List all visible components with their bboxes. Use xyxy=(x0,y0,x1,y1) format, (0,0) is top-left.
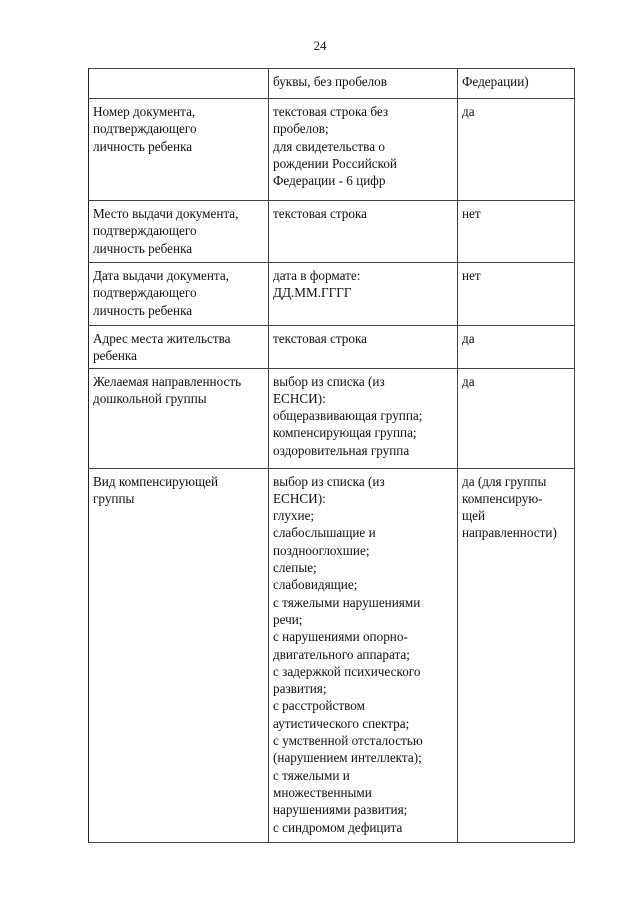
cell-text-line: выбор из списка (из xyxy=(273,373,453,390)
cell-text-line: с тяжелыми и xyxy=(273,767,453,784)
format-cell: буквы, без пробелов xyxy=(269,69,458,99)
cell-text-line: оздоровительная группа xyxy=(273,442,453,459)
cell-text-line: направленности) xyxy=(462,524,570,541)
format-cell: выбор из списка (изЕСНСИ):глухие;слабосл… xyxy=(269,468,458,842)
required-cell: нет xyxy=(458,201,575,263)
cell-text-line: компенсирую- xyxy=(462,490,570,507)
cell-text-line: дошкольной группы xyxy=(93,390,264,407)
cell-text-line: с умственной отсталостью xyxy=(273,732,453,749)
field-cell xyxy=(89,69,269,99)
format-cell: выбор из списка (изЕСНСИ):общеразвивающа… xyxy=(269,368,458,468)
cell-text-line: общеразвивающая группа; xyxy=(273,407,453,424)
cell-text-line: для свидетельства о xyxy=(273,138,453,155)
table-row: Адрес места жительстваребенкатекстовая с… xyxy=(89,326,575,369)
cell-text-line: пробелов; xyxy=(273,120,453,137)
required-cell: да xyxy=(458,326,575,369)
cell-text-line: позднооглохшие; xyxy=(273,542,453,559)
cell-text-line: с синдромом дефицита xyxy=(273,819,453,836)
field-cell: Место выдачи документа,подтверждающеголи… xyxy=(89,201,269,263)
cell-text-line: нет xyxy=(462,267,570,284)
cell-text-line: компенсирующая группа; xyxy=(273,424,453,441)
cell-text-line: Федерации - 6 цифр xyxy=(273,172,453,189)
cell-text-line: буквы, без пробелов xyxy=(273,73,453,90)
cell-text-line: слепые; xyxy=(273,559,453,576)
cell-text-line: ребенка xyxy=(93,347,264,364)
field-cell: Желаемая направленностьдошкольной группы xyxy=(89,368,269,468)
cell-text-line: с нарушениями опорно- xyxy=(273,628,453,645)
cell-text-line: множественными xyxy=(273,784,453,801)
table-row: Желаемая направленностьдошкольной группы… xyxy=(89,368,575,468)
cell-text-line: да xyxy=(462,373,570,390)
cell-text-line: с задержкой психического xyxy=(273,663,453,680)
table-row: Номер документа,подтверждающеголичность … xyxy=(89,99,575,201)
cell-text-line: выбор из списка (из xyxy=(273,473,453,490)
field-cell: Адрес места жительстваребенка xyxy=(89,326,269,369)
field-cell: Вид компенсирующейгруппы xyxy=(89,468,269,842)
cell-text-line: дата в формате: xyxy=(273,267,453,284)
field-cell: Номер документа,подтверждающеголичность … xyxy=(89,99,269,201)
cell-text-line: текстовая строка xyxy=(273,330,453,347)
page-number: 24 xyxy=(0,38,640,54)
cell-text-line: ДД.ММ.ГГГГ xyxy=(273,284,453,301)
cell-text-line: глухие; xyxy=(273,507,453,524)
cell-text-line: ЕСНСИ): xyxy=(273,390,453,407)
required-cell: Федерации) xyxy=(458,69,575,99)
cell-text-line: речи; xyxy=(273,611,453,628)
cell-text-line: текстовая строка xyxy=(273,205,453,222)
required-cell: да xyxy=(458,368,575,468)
cell-text-line: нет xyxy=(462,205,570,222)
table-row: Место выдачи документа,подтверждающеголи… xyxy=(89,201,575,263)
cell-text-line: (нарушением интеллекта); xyxy=(273,749,453,766)
format-cell: текстовая строка безпробелов;для свидете… xyxy=(269,99,458,201)
cell-text-line: аутистического спектра; xyxy=(273,715,453,732)
cell-text-line: Номер документа, xyxy=(93,103,264,120)
cell-text-line: ЕСНСИ): xyxy=(273,490,453,507)
requirements-table: буквы, без пробеловФедерации)Номер докум… xyxy=(88,68,575,843)
cell-text-line: Желаемая направленность xyxy=(93,373,264,390)
table-row: буквы, без пробеловФедерации) xyxy=(89,69,575,99)
cell-text-line: нарушениями развития; xyxy=(273,801,453,818)
table-row: Дата выдачи документа,подтверждающеголич… xyxy=(89,263,575,326)
cell-text-line: да xyxy=(462,330,570,347)
cell-text-line: Дата выдачи документа, xyxy=(93,267,264,284)
cell-text-line: группы xyxy=(93,490,264,507)
cell-text-line: подтверждающего xyxy=(93,284,264,301)
cell-text-line: текстовая строка без xyxy=(273,103,453,120)
cell-text-line: да (для группы xyxy=(462,473,570,490)
cell-text-line: подтверждающего xyxy=(93,120,264,137)
field-cell: Дата выдачи документа,подтверждающеголич… xyxy=(89,263,269,326)
cell-text-line: слабослышащие и xyxy=(273,524,453,541)
cell-text-line: подтверждающего xyxy=(93,222,264,239)
cell-text-line: личность ребенка xyxy=(93,138,264,155)
cell-text-line: личность ребенка xyxy=(93,240,264,257)
cell-text-line: да xyxy=(462,103,570,120)
table-row: Вид компенсирующейгруппывыбор из списка … xyxy=(89,468,575,842)
cell-text-line: Место выдачи документа, xyxy=(93,205,264,222)
cell-text-line: щей xyxy=(462,507,570,524)
required-cell: да xyxy=(458,99,575,201)
cell-text-line: развития; xyxy=(273,680,453,697)
required-cell: да (для группыкомпенсирую-щейнаправленно… xyxy=(458,468,575,842)
format-cell: дата в формате:ДД.ММ.ГГГГ xyxy=(269,263,458,326)
required-cell: нет xyxy=(458,263,575,326)
cell-text-line: рождении Российской xyxy=(273,155,453,172)
cell-text-line: личность ребенка xyxy=(93,302,264,319)
cell-text-line: с тяжелыми нарушениями xyxy=(273,594,453,611)
cell-text-line: слабовидящие; xyxy=(273,576,453,593)
cell-text-line: Адрес места жительства xyxy=(93,330,264,347)
cell-text-line: Вид компенсирующей xyxy=(93,473,264,490)
cell-text-line: двигательного аппарата; xyxy=(273,646,453,663)
cell-text-line: с расстройством xyxy=(273,697,453,714)
format-cell: текстовая строка xyxy=(269,201,458,263)
format-cell: текстовая строка xyxy=(269,326,458,369)
cell-text-line: Федерации) xyxy=(462,73,570,90)
